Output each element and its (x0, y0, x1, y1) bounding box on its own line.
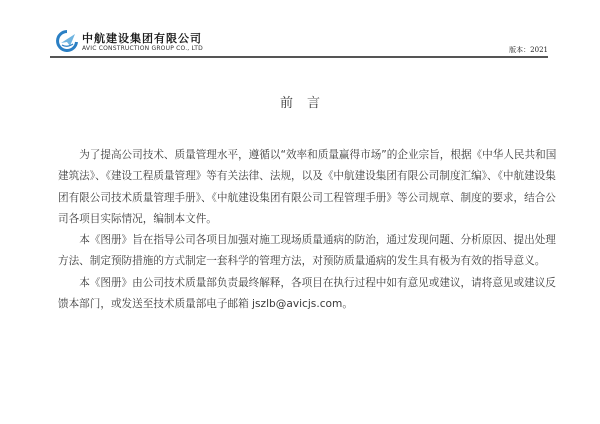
version-label: 版本：2021 (509, 45, 548, 55)
company-name-en: AVIC CONSTRUCTION GROUP CO., LTD (82, 45, 203, 52)
header-divider (50, 56, 548, 58)
avic-plane-logo-icon (56, 30, 78, 52)
company-name-cn: 中航建设集团有限公司 (82, 30, 202, 46)
paragraph-2: 本《图册》旨在指导公司各项目加强对施工现场质量通病的防治，通过发现问题、分析原因… (58, 230, 558, 273)
paragraph-1: 为了提高公司技术、质量管理水平，遵循以“效率和质量赢得市场”的企业宗旨，根据《中… (58, 145, 558, 230)
paragraph-3: 本《图册》由公司技术质量部负责最终解释，各项目在执行过程中如有意见或建议，请将意… (58, 273, 558, 316)
page-header: 中航建设集团有限公司 AVIC CONSTRUCTION GROUP CO., … (50, 28, 548, 58)
page-title: 前言 (0, 92, 600, 111)
document-body: 为了提高公司技术、质量管理水平，遵循以“效率和质量赢得市场”的企业宗旨，根据《中… (58, 145, 558, 315)
